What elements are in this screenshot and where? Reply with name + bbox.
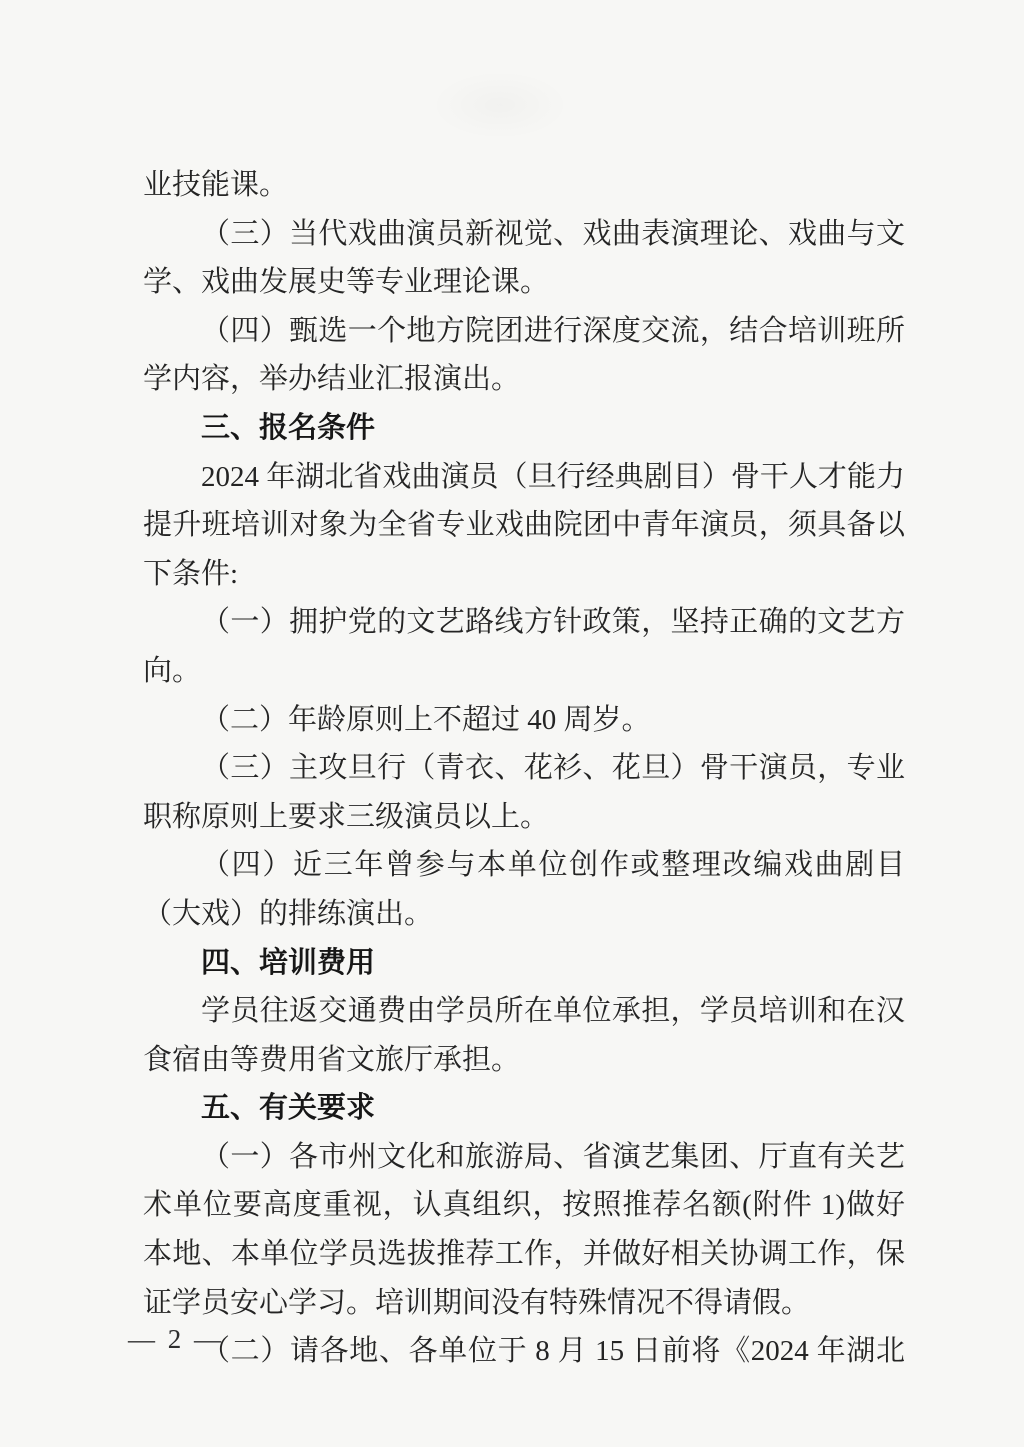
paragraph: （一）拥护党的文艺路线方针政策，坚持正确的文艺方向。 [143, 598, 905, 695]
section-heading-training-fees: 四、培训费用 [143, 939, 905, 988]
paragraph: （四）近三年曾参与本单位创作或整理改编戏曲剧目（大戏）的排练演出。 [143, 841, 905, 938]
page-number: — 2 — [128, 1324, 224, 1355]
document-page: 业技能课。 （三）当代戏曲演员新视觉、戏曲表演理论、戏曲与文学、戏曲发展史等专业… [0, 0, 1024, 1447]
paragraph: （四）甄选一个地方院团进行深度交流，结合培训班所学内容，举办结业汇报演出。 [143, 307, 905, 404]
paragraph: （一）各市州文化和旅游局、省演艺集团、厅直有关艺术单位要高度重视，认真组织，按照… [143, 1133, 905, 1327]
document-body: 业技能课。 （三）当代戏曲演员新视觉、戏曲表演理论、戏曲与文学、戏曲发展史等专业… [143, 161, 905, 1376]
paragraph: （二）请各地、各单位于 8 月 15 日前将《2024 年湖北 [143, 1327, 905, 1376]
paragraph: 业技能课。 [143, 161, 905, 210]
paragraph: （三）主攻旦行（青衣、花衫、花旦）骨干演员，专业职称原则上要求三级演员以上。 [143, 744, 905, 841]
section-heading-related-requirements: 五、有关要求 [143, 1084, 905, 1133]
paragraph: （二）年龄原则上不超过 40 周岁。 [143, 696, 905, 745]
paragraph: （三）当代戏曲演员新视觉、戏曲表演理论、戏曲与文学、戏曲发展史等专业理论课。 [143, 210, 905, 307]
paragraph: 2024 年湖北省戏曲演员（旦行经典剧目）骨干人才能力提升班培训对象为全省专业戏… [143, 453, 905, 599]
section-heading-registration-conditions: 三、报名条件 [143, 404, 905, 453]
paragraph: 学员往返交通费由学员所在单位承担，学员培训和在汉食宿由等费用省文旅厅承担。 [143, 987, 905, 1084]
